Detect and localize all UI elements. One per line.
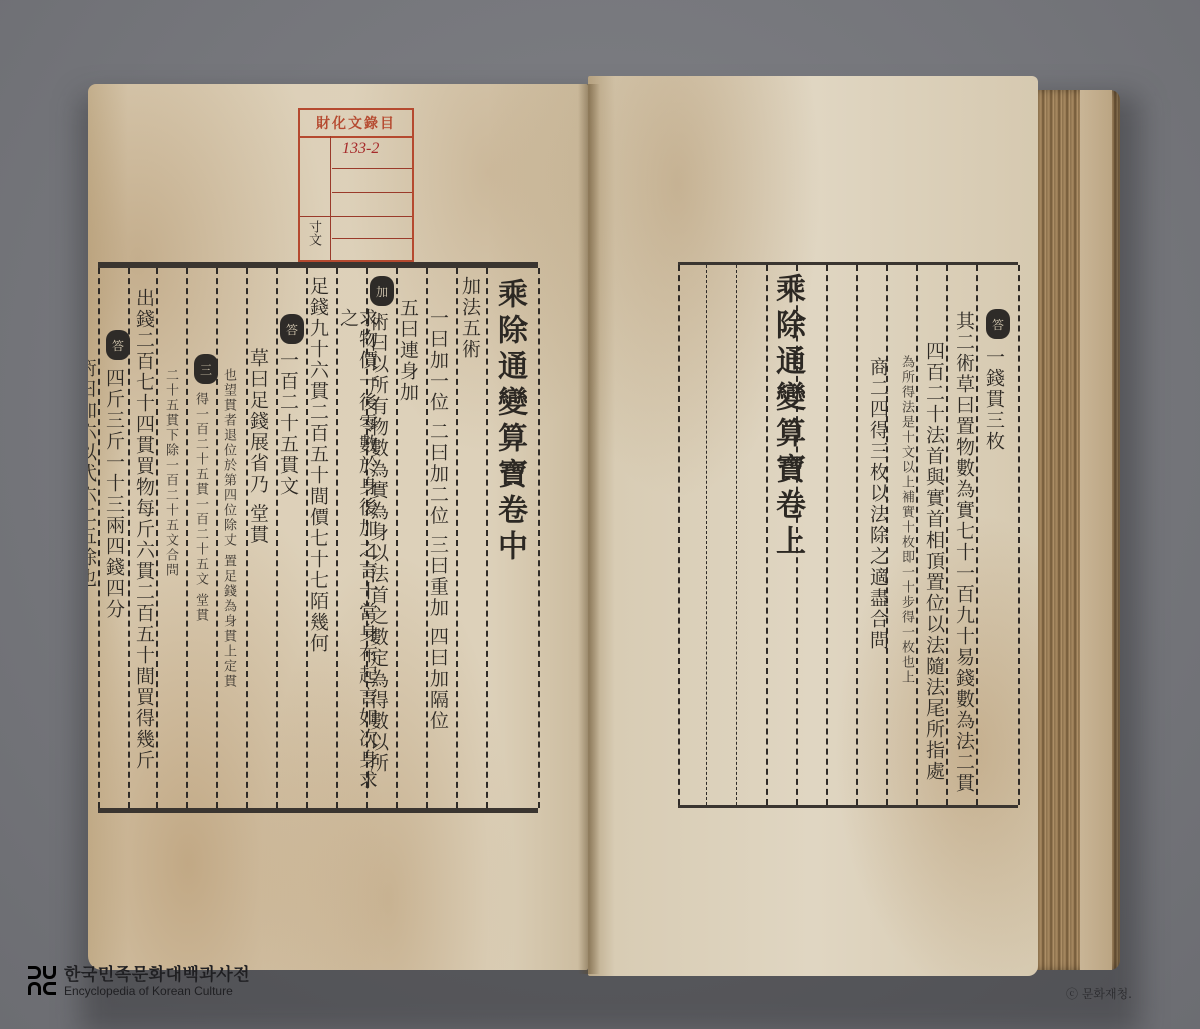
section-badge: 三 [194,354,218,384]
copyright-notice: ⓒ 문화재청. [1066,985,1132,1002]
stamp-number: 133-2 [342,140,379,158]
text-column: 足錢九十六貫二百五十間價七十七陌幾何 [308,276,327,656]
logo-text-english: Encyclopedia of Korean Culture [64,985,250,998]
answer-badge: 答 [106,330,130,360]
text-column: 二十五貫下除一百二十五文合問 [164,368,177,788]
chapter-title: 乘除通變算寶卷上 [772,273,802,561]
text-column: 術曰加六以代六二五除也 [88,358,95,658]
text-column: 為所得法是十文以上補實十枚即一十步得一枚也上 [900,355,913,795]
text-column: 五曰連身加 [398,298,417,403]
right-page: 乘除通變算寶卷上 答 一錢貫三枚 其二術草曰置物數為實七十一百九十易錢數為法二貫… [588,76,1038,976]
text-column: 求物價一後零數於身後加之言十當身布起言如次身求之 [338,308,376,808]
text-column: 四斤三斤一十三兩四錢四分 [104,368,123,668]
book-gutter [578,84,600,974]
text-column: 出錢二百七十四貫買物每斤六貫二百五十間買得幾斤 [134,288,153,808]
text-column: 商二四得三枚以法除之適盡合問 [868,357,887,717]
left-page: 財化文錄目 133-2 寸文 乘除通變算寶卷中 加法五術 一曰加一位 二曰加二位… [88,84,588,970]
stamp-header: 財化文錄目 [300,110,412,138]
text-column: 加法五術 [460,276,479,360]
library-stamp: 財化文錄目 133-2 寸文 [298,108,414,262]
section-badge: 加 [370,276,394,306]
chapter-title: 乘除通變算寶卷中 [494,278,524,566]
book-page-edges [1030,90,1120,970]
logo-mark-icon [28,966,58,998]
logo-text-korean: 한국민족문화대백과사전 [64,967,250,985]
text-column: 一曰加一位 二曰加二位 三曰重加 四曰加隔位 [428,308,447,738]
encyclopedia-logo: 한국민족문화대백과사전 Encyclopedia of Korean Cultu… [28,966,250,998]
text-frame-left: 乘除通變算寶卷中 加法五術 一曰加一位 二曰加二位 三曰重加 四曰加隔位 五曰連… [98,262,538,813]
text-column: 其二術草曰置物數為實七十一百九十易錢數為法二貫 [954,311,973,801]
stamp-ink-mark: 寸文 [304,220,323,246]
text-column: 一百二十五貫文 [278,350,297,497]
text-column: 得一百二十五貫一百二十五文 堂貫 [194,392,207,812]
text-column: 也望貫者退位於第四位除丈 置足錢為身貫上定貫 [222,368,235,808]
answer-badge: 答 [280,314,304,344]
text-column: 四百二十法首與實首相頂置位以法隨法尾所指處 [924,341,943,801]
text-column: 一錢貫三枚 [984,347,1003,787]
answer-badge: 答 [986,309,1010,339]
text-frame-right: 乘除通變算寶卷上 答 一錢貫三枚 其二術草曰置物數為實七十一百九十易錢數為法二貫… [678,262,1018,808]
text-column: 草曰足錢展省乃 堂貫 [248,348,267,808]
